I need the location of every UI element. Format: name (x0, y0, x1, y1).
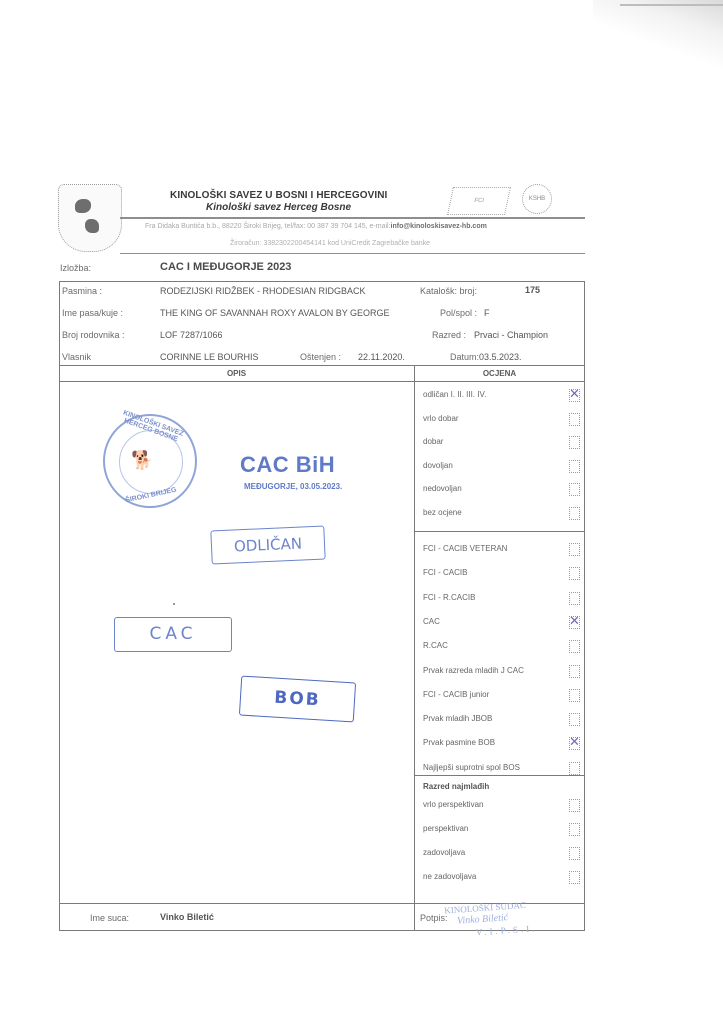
bank-line: Žiroračun: 3382302200454141 kod UniCredi… (230, 240, 430, 247)
born-label: Oštenjen : (300, 352, 341, 362)
born-value: 22.11.2020. (358, 352, 405, 362)
dog-head-icon (85, 219, 99, 233)
dog-head-icon (75, 199, 91, 213)
sex-label: Pol/spol : (440, 308, 477, 318)
checkbox[interactable] (569, 507, 580, 520)
scan-page-edge (593, 0, 723, 70)
organization-subtitle: Kinološki savez Herceg Bosne (206, 202, 351, 213)
youngest-class-heading: Razred najmlađih (423, 782, 489, 791)
checklist-item-label: CAC (423, 617, 440, 626)
checklist-item-label: nedovoljan (423, 484, 462, 493)
checklist-item-label: dovoljan (423, 461, 453, 470)
checkbox[interactable] (569, 567, 580, 580)
fci-logo: FCI (447, 187, 511, 215)
cac-bih-stamp-date: MEĐUGORJE, 03.05.2023. (244, 482, 342, 491)
date-value: 03.5.2023. (479, 352, 522, 362)
show-title: CAC I MEĐUGORJE 2023 (160, 261, 291, 273)
description-column-header: OPIS (59, 369, 414, 378)
checklist-item-label: Najljepši suprotni spol BOS (423, 763, 520, 772)
organization-name: KINOLOŠKI SAVEZ U BOSNI I HERCEGOVINI (170, 190, 387, 201)
checklist-item-label: vrlo dobar (423, 414, 459, 423)
breed-value: RODEZIJSKI RIDŽBEK - RHODESIAN RIDGBACK (160, 286, 366, 296)
checkbox[interactable] (569, 823, 580, 836)
checklist-item-label: perspektivan (423, 824, 468, 833)
odlican-stamp: ODLIČAN (210, 526, 325, 565)
checkbox[interactable] (569, 762, 580, 775)
checkbox[interactable] (569, 665, 580, 678)
section-divider (414, 531, 585, 532)
judge-name: Vinko Biletić (160, 912, 214, 922)
breed-label: Pasmina : (62, 286, 102, 296)
catalog-number: 175 (525, 285, 540, 295)
checklist-item-label: odličan I. II. III. IV. (423, 390, 486, 399)
checklist-item-label: FCI - CACIB junior (423, 690, 489, 699)
grade-column-header: OCJENA (414, 369, 585, 378)
sex-value: F (484, 308, 490, 318)
checkbox[interactable] (569, 713, 580, 726)
checkbox[interactable] (569, 689, 580, 702)
checkbox[interactable] (569, 483, 580, 496)
scan-page-edge-line (620, 4, 723, 6)
checkbox[interactable] (569, 640, 580, 653)
judge-label: Ime suca: (90, 913, 129, 923)
checklist-item-label: R.CAC (423, 641, 448, 650)
checkbox[interactable] (569, 871, 580, 884)
dog-name-label: Ime pasa/kuje : (62, 308, 123, 318)
checklist-item-label: Prvak pasmine BOB (423, 738, 495, 747)
pedigree-value: LOF 7287/1066 (160, 330, 223, 340)
header-divider-bottom (120, 253, 585, 254)
section-divider (414, 775, 585, 776)
ink-speck (173, 603, 175, 605)
date-label: Datum: (450, 352, 479, 362)
checklist-item-label: zadovoljava (423, 848, 465, 857)
class-value: Prvaci - Champion (474, 330, 548, 340)
class-label: Razred : (432, 330, 466, 340)
column-divider (414, 365, 415, 931)
checklist-item-label: dobar (423, 437, 443, 446)
cac-stamp: CAC (114, 617, 232, 652)
checkbox[interactable] (569, 592, 580, 605)
checkbox-checked[interactable] (569, 616, 580, 629)
checklist-item-label: ne zadovoljava (423, 872, 476, 881)
owner-value: CORINNE LE BOURHIS (160, 352, 259, 362)
checkbox[interactable] (569, 847, 580, 860)
checklist-item-label: bez ocjene (423, 508, 462, 517)
owner-label: Vlasnik (62, 352, 91, 362)
club-crest-logo (58, 184, 122, 252)
header-divider (120, 217, 585, 219)
judging-form-table (59, 281, 585, 931)
checkbox-checked[interactable] (569, 737, 580, 750)
checklist-item-label: Prvak mladih JBOB (423, 714, 492, 723)
row-divider (59, 381, 585, 382)
checkbox[interactable] (569, 543, 580, 556)
checkbox-checked[interactable] (569, 389, 580, 402)
checklist-item-label: vrlo perspektivan (423, 800, 483, 809)
signature-label: Potpis: (420, 913, 448, 923)
checkbox[interactable] (569, 460, 580, 473)
catalog-label: Katalošk: broj: (420, 286, 477, 296)
checkbox[interactable] (569, 413, 580, 426)
pedigree-label: Broj rodovnika : (62, 330, 125, 340)
checklist-item-label: Prvak razreda mladih J CAC (423, 666, 524, 675)
address-line: Fra Didaka Buntića b.b., 88220 Široki Br… (145, 223, 487, 230)
show-label: Izložba: (60, 263, 91, 273)
checklist-item-label: FCI - R.CACIB (423, 593, 475, 602)
checklist-item-label: FCI - CACIB VETERAN (423, 544, 507, 553)
bob-stamp: BOB (239, 676, 356, 723)
dog-heads-icon: 🐕 (131, 450, 153, 471)
checkbox[interactable] (569, 436, 580, 449)
row-divider (59, 365, 585, 366)
cac-bih-stamp: CAC BiH (240, 452, 335, 478)
email-link[interactable]: info@kinoloskisavez-hb.com (391, 223, 487, 230)
address-text: Fra Didaka Buntića b.b., 88220 Široki Br… (145, 223, 391, 230)
judge-signature-stamp: KINOLOŠKI SUDAC Vinko Biletić V.I.P.S.I. (444, 896, 576, 941)
club-round-stamp: KINOLOŠKI SAVEZ HERCEG BOSNE 🐕 ŠIROKI BR… (103, 414, 197, 508)
checklist-item-label: FCI - CACIB (423, 568, 467, 577)
dog-name-value: THE KING OF SAVANNAH ROXY AVALON BY GEOR… (160, 308, 390, 318)
seal-logo: KSHB (522, 184, 552, 214)
checkbox[interactable] (569, 799, 580, 812)
